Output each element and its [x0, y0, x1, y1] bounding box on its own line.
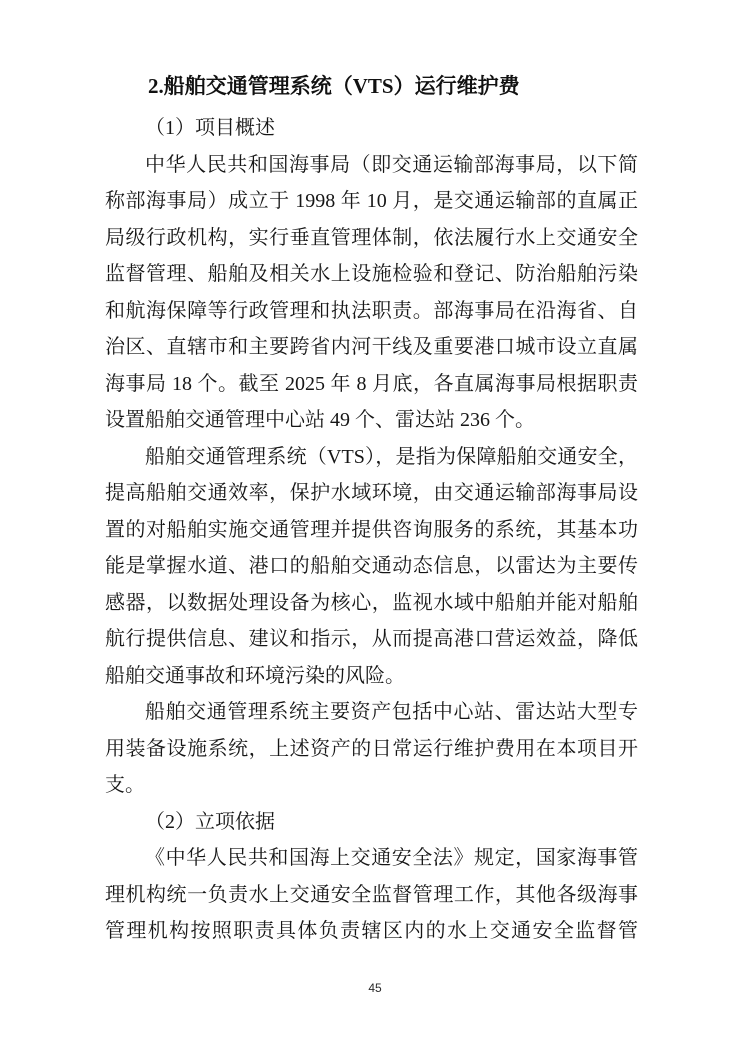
body-line: 用装备设施系统，上述资产的日常运行维护费用在本项目开: [105, 731, 638, 768]
body-line: 船舶交通事故和环境污染的风险。: [105, 658, 638, 695]
document-page: 2.船舶交通管理系统（VTS）运行维护费 （1）项目概述 中华人民共和国海事局（…: [0, 0, 750, 1060]
body-line: 中华人民共和国海事局（即交通运输部海事局，以下简: [105, 147, 638, 184]
document-body: （1）项目概述 中华人民共和国海事局（即交通运输部海事局，以下简 称部海事局）成…: [105, 110, 638, 950]
body-line: 设置船舶交通管理中心站 49 个、雷达站 236 个。: [105, 402, 638, 439]
body-line: 理机构统一负责水上交通安全监督管理工作，其他各级海事: [105, 877, 638, 914]
body-line: 感器，以数据处理设备为核心，监视水域中船舶并能对船舶: [105, 585, 638, 622]
subsection-heading: （2）立项依据: [105, 804, 638, 841]
body-line: 监督管理、船舶及相关水上设施检验和登记、防治船舶污染: [105, 256, 638, 293]
body-line: 能是掌握水道、港口的船舶交通动态信息，以雷达为主要传: [105, 548, 638, 585]
body-line: 支。: [105, 767, 638, 804]
body-line: 治区、直辖市和主要跨省内河干线及重要港口城市设立直属: [105, 329, 638, 366]
body-line: 海事局 18 个。截至 2025 年 8 月底，各直属海事局根据职责: [105, 366, 638, 403]
body-line: 船舶交通管理系统主要资产包括中心站、雷达站大型专: [105, 694, 638, 731]
body-line: 和航海保障等行政管理和执法职责。部海事局在沿海省、自: [105, 293, 638, 330]
body-line: 置的对船舶实施交通管理并提供咨询服务的系统，其基本功: [105, 512, 638, 549]
body-line: 船舶交通管理系统（VTS），是指为保障船舶交通安全，: [105, 439, 638, 476]
subsection-heading: （1）项目概述: [105, 110, 638, 147]
body-line: 《中华人民共和国海上交通安全法》规定，国家海事管: [105, 840, 638, 877]
body-line: 管理机构按照职责具体负责辖区内的水上交通安全监督管: [105, 913, 638, 950]
page-number: 45: [0, 981, 750, 995]
body-line: 提高船舶交通效率，保护水域环境，由交通运输部海事局设: [105, 475, 638, 512]
body-line: 航行提供信息、建议和指示，从而提高港口营运效益，降低: [105, 621, 638, 658]
body-line: 称部海事局）成立于 1998 年 10 月，是交通运输部的直属正: [105, 183, 638, 220]
body-line: 局级行政机构，实行垂直管理体制，依法履行水上交通安全: [105, 220, 638, 257]
section-title: 2.船舶交通管理系统（VTS）运行维护费: [105, 68, 638, 105]
